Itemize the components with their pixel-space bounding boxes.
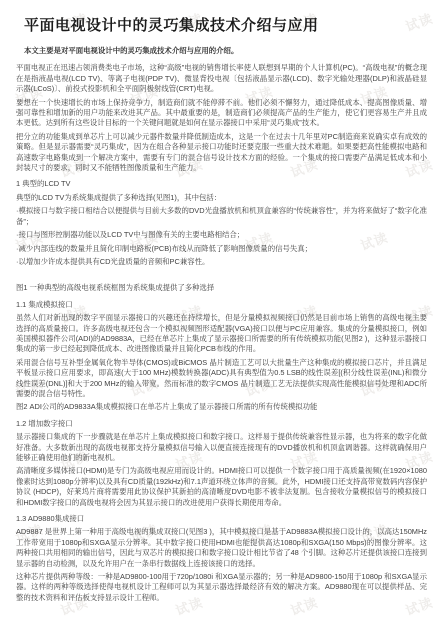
- intro-paragraph-2: 要想在一个快速增长的市场上保持竞争力，制造商们就不能停滞不前。他们必须不懈努力，…: [16, 98, 427, 129]
- section-1-3-paragraph-1: AD9887 是世界上第一种用于高级电视的集成双接口(见图3 )，其中模拟接口是…: [16, 527, 427, 569]
- page-title: 平面电视设计中的灵巧集成技术介绍与应用: [24, 14, 427, 35]
- section-heading-1-1: 1.1 集成模拟接口: [16, 300, 427, 310]
- document-page: 试读试读试读试读试读试读试读试读试读试读试读试读试读试读试读试读试读试读试读试读…: [0, 0, 440, 620]
- section-heading-1: 1 典型的LCD TV: [16, 179, 427, 189]
- section-heading-1-2: 1.2 增加数字接口: [16, 419, 427, 429]
- bullet-item-4: ·以增加少许成本提供具有CD光盘质量的音频和PC兼容性。: [16, 257, 427, 267]
- bullet-item-3: ·减少内部连线的数量并且简化印制电路板(PCB)布线从而降低了影响图像质量的信号…: [16, 244, 427, 254]
- section-heading-1-3: 1.3 AD9880集成接口: [16, 514, 427, 524]
- intro-paragraph-3: 把分立的功能集成到单芯片上可以减少元器件数量并降低制造成本，这是一个在过去十几年…: [16, 132, 427, 174]
- figure-2-caption: 图2 ADI公司的AD9833A集成模拟接口在单芯片上集成了显示器接口所需的所有…: [16, 402, 427, 412]
- section-1-lead: 典型的LCD TV为系统集成提供了多种选择(见图1)，其中包括：: [16, 193, 427, 203]
- figure-1-caption: 图1 一种典型的高级电视系统框图为系统集成提供了多种选择: [16, 283, 427, 293]
- intro-paragraph-1: 平面电视正在迅速占领消费类电子市场，这种“高级”电视的销售增长率使人联想到早期的…: [16, 63, 427, 94]
- section-1-3-paragraph-2: 这种芯片提供两种等级：一种是AD9800-100用于720p/1080i 和XG…: [16, 572, 427, 603]
- section-1-2-paragraph-1: 显示器接口集成的下一步骤就是在单芯片上集成模拟接口和数字接口。这样易于提供传统兼…: [16, 432, 427, 463]
- summary-line: 本文主要是对平面电视设计中的灵巧集成技术介绍与应用的介绍。: [24, 46, 427, 56]
- section-1-1-paragraph-2: 采用混合信号互补型金属氧化物半导体(CMOS)或BiCMOS 晶片制造工艺可以大…: [16, 358, 427, 400]
- bullet-item-2: ·接口与图形控制器功能以及LCD TV中与图像有关的主要电路相结合；: [16, 230, 427, 240]
- bullet-item-1: ·模拟接口与数字接口相结合以便提供与目前大多数的DVD光盘播放机和机顶盒兼容的“…: [16, 206, 427, 227]
- section-1-1-paragraph-1: 虽然人们对新出现的数字平面显示器接口的兴趣还在持续增长，但是分量模拟视频接口仍然…: [16, 313, 427, 355]
- section-1-2-paragraph-2: 高清晰度多媒体接口(HDMI)是专门为高级电视应用而设计的。HDMI接口可以提供…: [16, 466, 427, 508]
